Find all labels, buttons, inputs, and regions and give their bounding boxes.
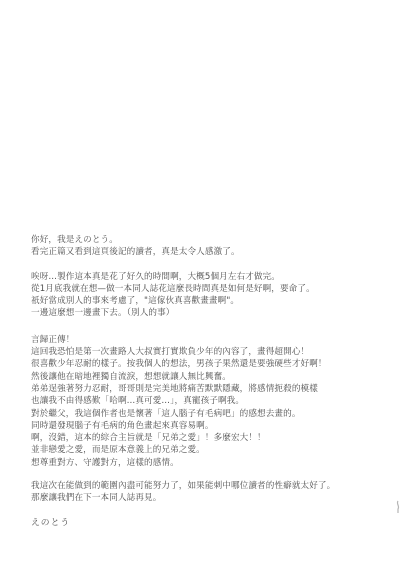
- production-paragraph: 唉呀…製作這本真是花了好久的時間啊，大概5個月左右才做完。 從1月底我就在想—做…: [31, 271, 387, 320]
- text-line: 這回我恐怕是第一次畫路人大叔實打實欺負少年的內容了，畫得超開心！: [31, 346, 387, 358]
- text-line: 對於繼父，我這個作者也是懷著「這人腦子有毛病吧」的感想去畫的。: [31, 408, 387, 420]
- text-line: 並非戀愛之愛，而是原本意義上的兄弟之愛。: [31, 444, 387, 456]
- closing-paragraph: 我這次在能做到的範圍內盡可能努力了，如果能刺中哪位讀者的性癖就太好了。 那麼讓我…: [31, 480, 387, 505]
- author-signature: えのとう: [31, 517, 387, 529]
- text-line: 弟弟逞強著努力忍耐，哥哥則是完美地將痛苦默默隱藏，將感情扼殺的模樣: [31, 383, 387, 395]
- greeting-paragraph: 你好，我是えのとう。 看完正篇又看到這頁後記的讀者，真是太令人感激了。: [31, 234, 387, 259]
- text-line: 也讓我不由得感歎「哈啊…真可愛…」，真寵孩子啊我。: [31, 395, 387, 407]
- text-line: 唉呀…製作這本真是花了好久的時間啊，大概5個月左右才做完。: [31, 271, 387, 283]
- text-line: 一邊這麼想一邊畫下去。（別人的事）: [31, 307, 387, 319]
- text-line: 那麼讓我們在下一本同人誌再見。: [31, 492, 387, 504]
- page-edge-mark-icon: [394, 499, 400, 518]
- main-paragraph: 言歸正傳！ 這回我恐怕是第一次畫路人大叔實打實欺負少年的內容了，畫得超開心！ 很…: [31, 334, 387, 469]
- text-line: 祇好當成別人的事來考慮了，"這傢伙真喜歡畫畫啊"。: [31, 295, 387, 307]
- text-line: 言歸正傳！: [31, 334, 387, 346]
- text-line: 很喜歡少年忍耐的樣子。按我個人的想法，男孩子果然還是要強硬些才好啊！: [31, 358, 387, 370]
- text-line: 同時還發現腦子有毛病的角色畫起來真容易啊。: [31, 420, 387, 432]
- text-line: 你好，我是えのとう。: [31, 234, 387, 246]
- afterword-page: 你好，我是えのとう。 看完正篇又看到這頁後記的讀者，真是太令人感激了。 唉呀…製…: [0, 0, 400, 565]
- afterword-text-block: 你好，我是えのとう。 看完正篇又看到這頁後記的讀者，真是太令人感激了。 唉呀…製…: [31, 234, 387, 529]
- text-line: 從1月底我就在想—做一本同人誌花這麼長時間真是如何是好啊，要命了。: [31, 283, 387, 295]
- text-line: 我這次在能做到的範圍內盡可能努力了，如果能刺中哪位讀者的性癖就太好了。: [31, 480, 387, 492]
- text-line: 然後讓他在暗地裡獨自流淚，想想就讓人無比興奮。: [31, 371, 387, 383]
- text-line: 想尊重對方、守護對方，這樣的感情。: [31, 457, 387, 469]
- text-line: 看完正篇又看到這頁後記的讀者，真是太令人感激了。: [31, 246, 387, 258]
- text-line: 啊，沒錯，這本的綜合主旨就是「兄弟之愛」！多麼宏大！！: [31, 432, 387, 444]
